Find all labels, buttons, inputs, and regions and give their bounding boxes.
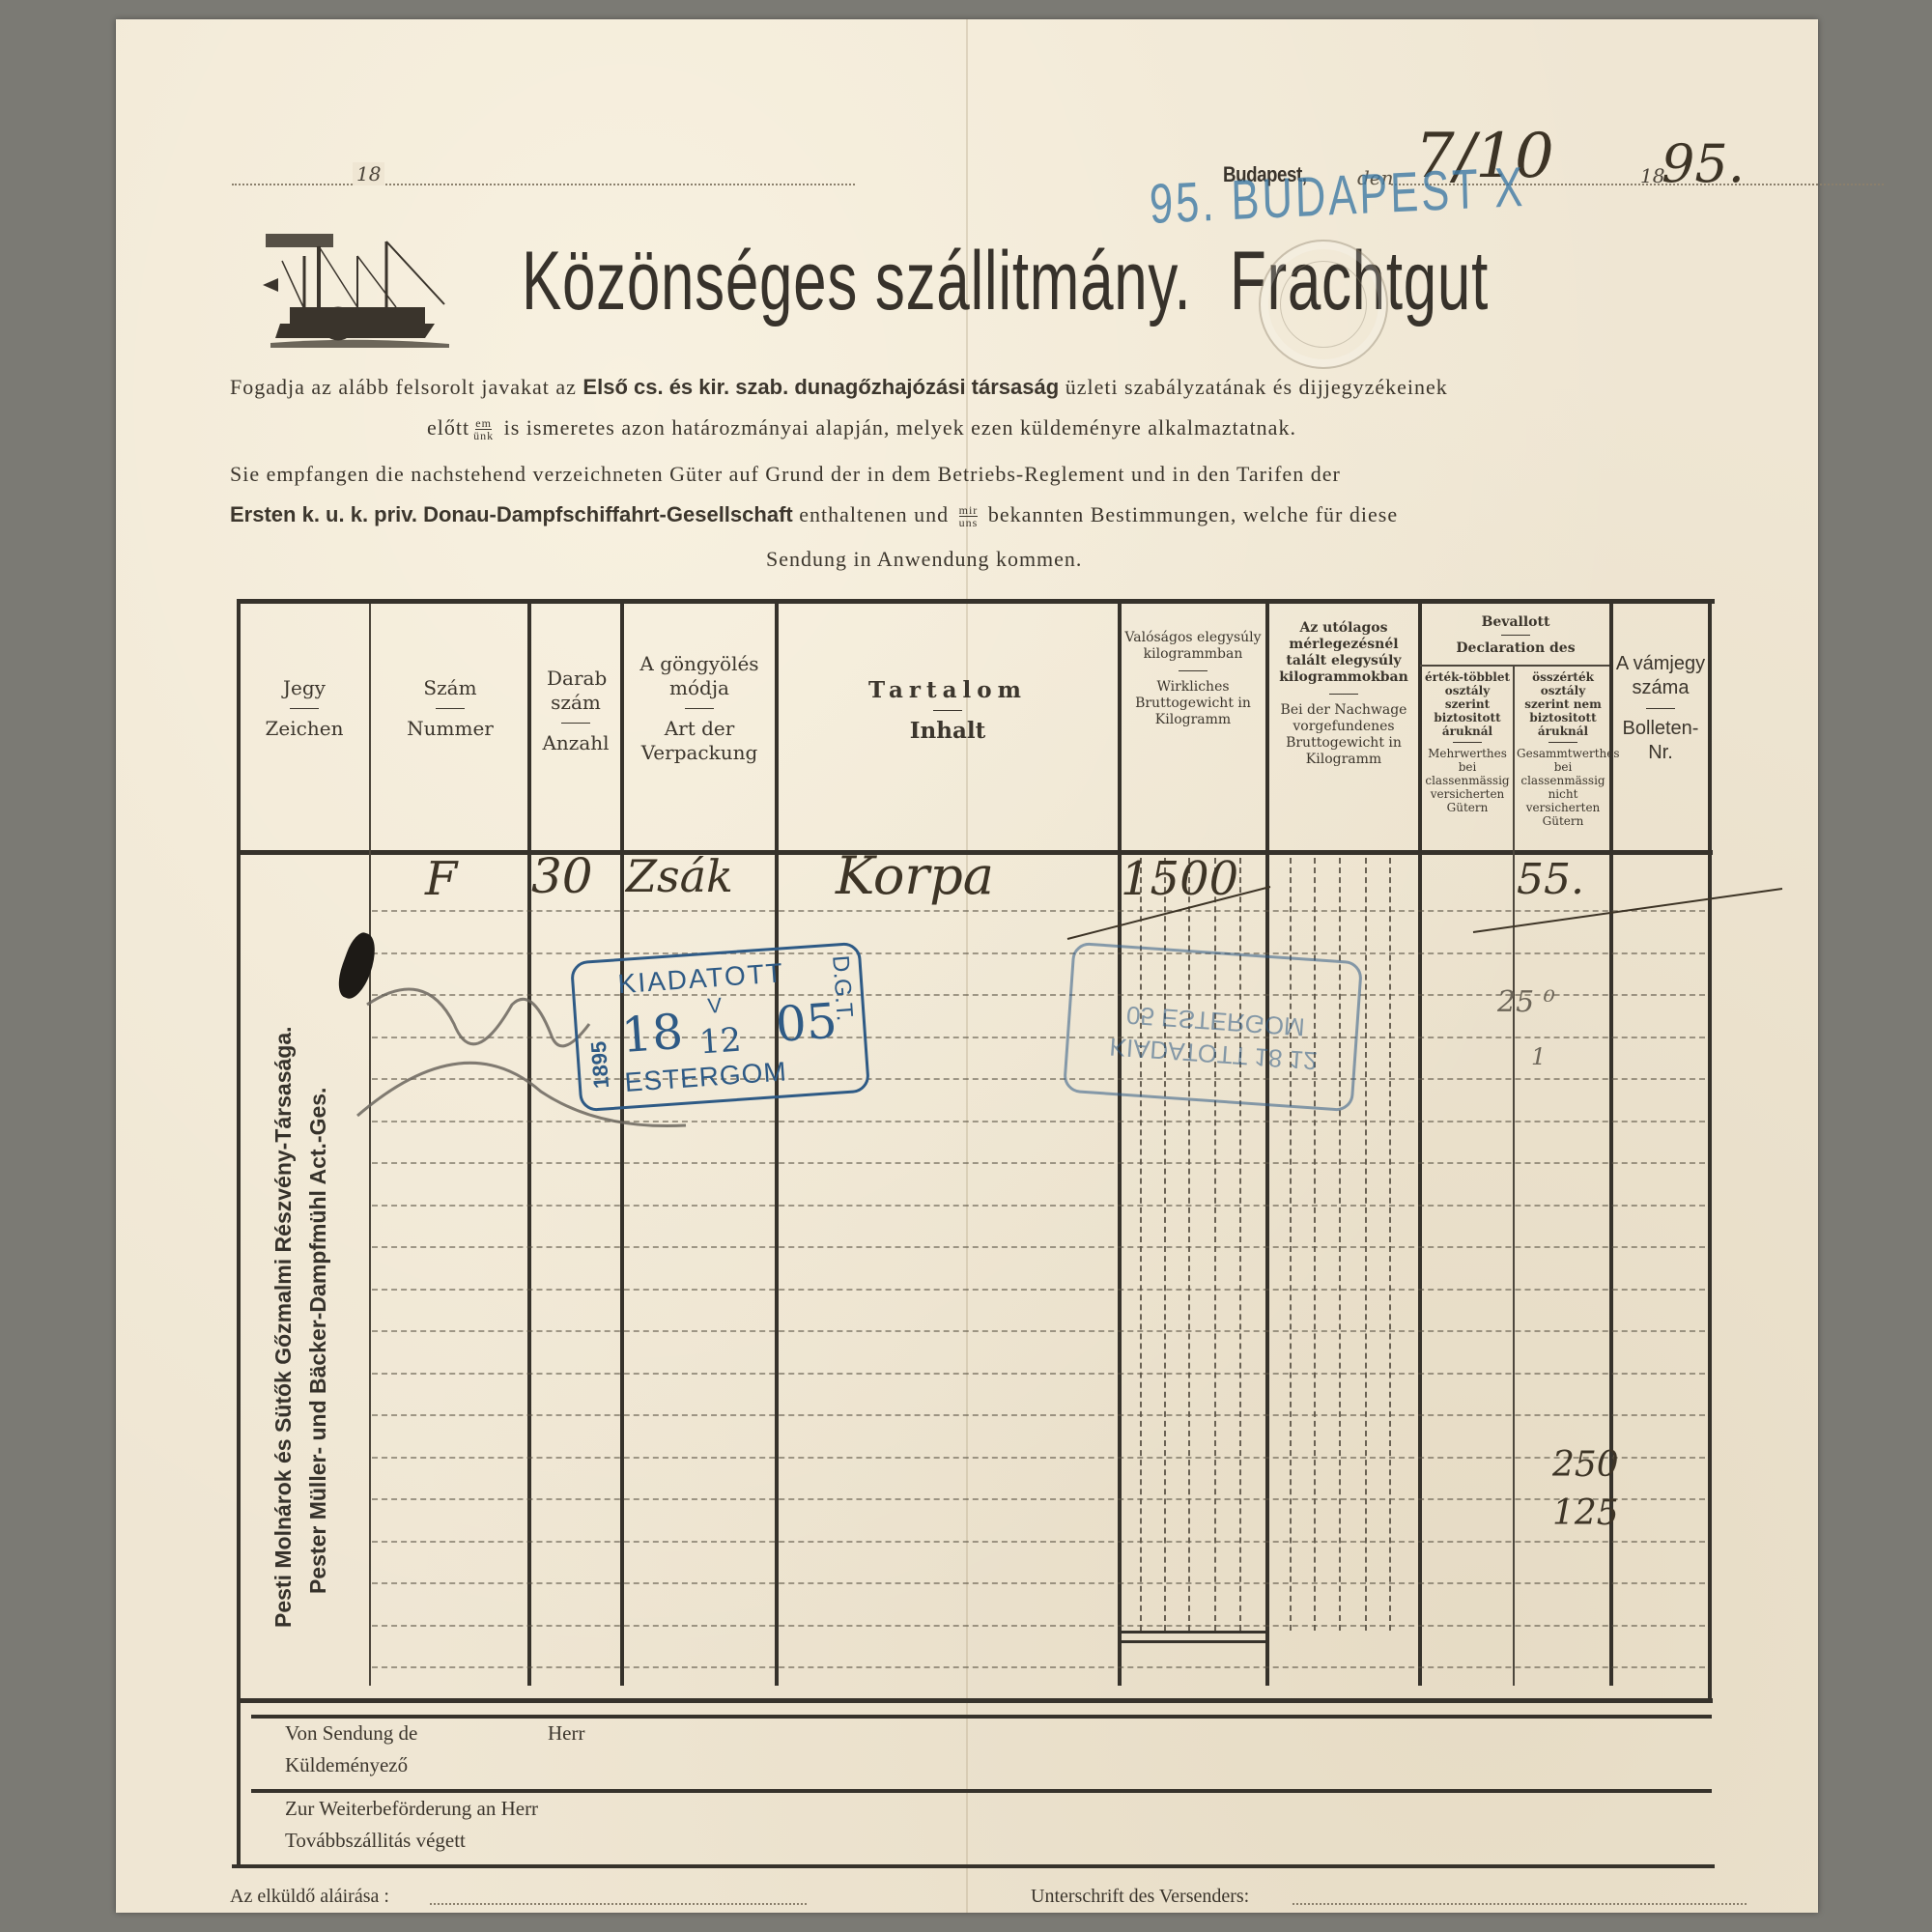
- col-header-gesamtwert: összérték osztály szerint nem biztositot…: [1517, 670, 1609, 828]
- row-rule: [372, 1162, 1705, 1164]
- cell-verpackung: Zsák: [626, 850, 733, 902]
- footer-top-rule: [251, 1715, 1712, 1719]
- pencil-note-1: 25 ⁰: [1497, 985, 1555, 1019]
- sender-vertical-hu: Pesti Molnárok és Sütők Gőzmalmi Részvén…: [270, 1026, 297, 1628]
- col-header-gewicht: Valóságos elegysúly kilogrammbanWirklich…: [1122, 630, 1264, 728]
- row-rule: [372, 1666, 1705, 1668]
- sender-name-field[interactable]: [657, 1729, 1681, 1777]
- row-rule: [372, 1582, 1705, 1584]
- table-right-rule: [1708, 599, 1712, 1700]
- pencil-note-4: 125: [1552, 1493, 1619, 1533]
- row-rule: [372, 1457, 1705, 1459]
- sender-signature-hu-label: Az elküldő aláirása :: [230, 1886, 389, 1908]
- row-rule: [372, 1330, 1705, 1332]
- cell-anzahl: 30: [531, 848, 593, 904]
- col-header-zeichen: JegyZeichen: [241, 676, 367, 741]
- col-header-inhalt: TartalomInhalt: [779, 678, 1117, 743]
- footer-mid-rule: [251, 1789, 1712, 1793]
- pencil-note-2: 1: [1531, 1043, 1546, 1070]
- forwarding-field[interactable]: [618, 1802, 1681, 1855]
- col-header-mehrwert: érték-többlet osztály szerint biztositot…: [1422, 670, 1513, 814]
- col-header-nummer: SzámNummer: [373, 676, 527, 741]
- row-rule: [372, 1625, 1705, 1627]
- row-rule: [372, 1205, 1705, 1207]
- mirror-stamp-offset: KIADATOTT 18 12 05 ESTERGOM: [1063, 942, 1363, 1113]
- von-sendung-label: Von Sendung de: [285, 1721, 417, 1746]
- weiterbefoerderung-label: Zur Weiterbeförderung an Herr: [285, 1797, 538, 1821]
- strike-line-value: [1468, 874, 1787, 942]
- sender-signature-de-label: Unterschrift des Versenders:: [1031, 1886, 1249, 1908]
- col-header-anzahl: Darab számAnzahl: [531, 667, 620, 755]
- freight-document: 18 Budapest, den 18 95. 7/10 95. BUDAPES…: [116, 19, 1818, 1913]
- pencil-note-3: 250: [1552, 1445, 1619, 1485]
- row-rule: [372, 1498, 1705, 1500]
- herr-label: Herr: [548, 1721, 584, 1746]
- tovabbszallitas-label: Továbbszállitás végett: [285, 1829, 466, 1853]
- row-rule: [372, 1414, 1705, 1416]
- row-rule: [372, 1373, 1705, 1375]
- declaration-header: BevallottDeclaration des: [1422, 613, 1609, 657]
- footer-bottom-rule: [232, 1864, 1715, 1868]
- strike-line-weight: [1063, 879, 1275, 947]
- signature-line-hu[interactable]: [430, 1901, 807, 1905]
- kuldemenyezo-label: Küldeményező: [285, 1753, 408, 1777]
- estergom-stamp: KIADATOTT 1895 18 V 12 05 D.G.T. ESTERGO…: [570, 942, 870, 1113]
- cell-inhalt: Korpa: [836, 845, 994, 906]
- col-header-nachwage: Az utólagos mérlegezésnél talált elegysú…: [1271, 620, 1416, 768]
- table-left-rule: [237, 599, 241, 1864]
- row-rule: [372, 1246, 1705, 1248]
- cell-zeichen: F: [425, 852, 457, 906]
- signature-line-de[interactable]: [1293, 1901, 1747, 1905]
- col-header-bolleten: A vámjegy számaBolleten-Nr.: [1613, 652, 1708, 765]
- sender-vertical-de: Pester Müller- und Bäcker-Dampfmühl Act.…: [305, 1088, 331, 1594]
- table-bottom-rule: [237, 1698, 1713, 1703]
- row-rule: [372, 1541, 1705, 1543]
- freight-table: JegyZeichen SzámNummer Darab számAnzahl …: [116, 19, 1818, 1913]
- row-rule: [372, 1289, 1705, 1291]
- table-top-rule: [237, 599, 1715, 604]
- col-header-verpackung: A göngyölés módjaArt der Verpackung: [624, 652, 775, 765]
